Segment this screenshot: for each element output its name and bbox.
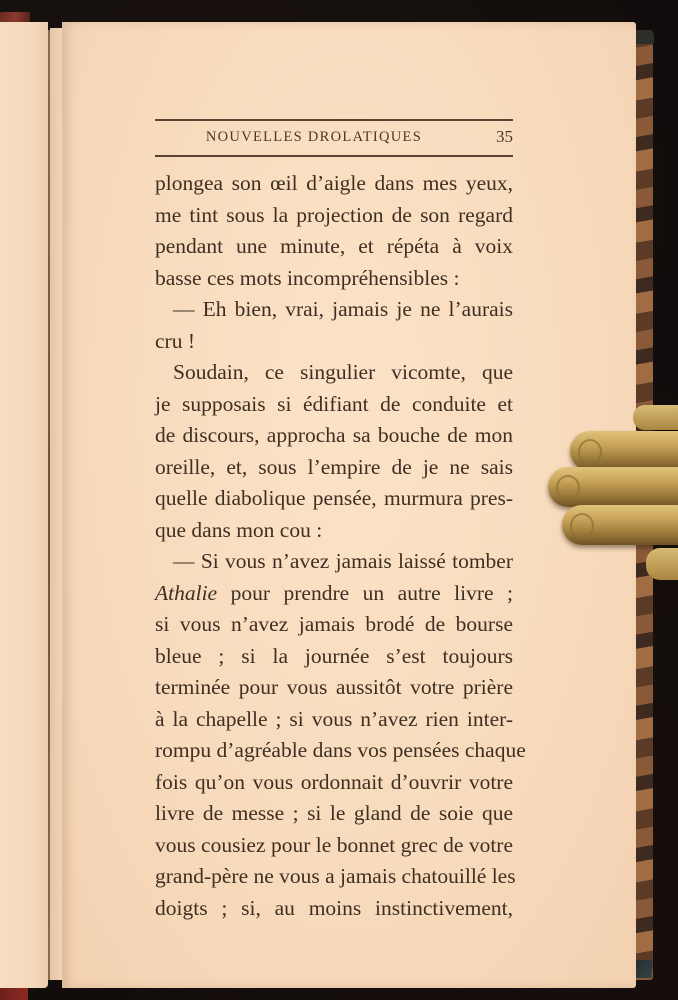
text-line-content: bleue ; si la journée s’est toujours — [155, 644, 513, 668]
text-line: que dans mon cou : — [155, 515, 513, 547]
text-line-content: livre de messe ; si le gland de soie que — [155, 801, 513, 825]
text-line-content: cru ! — [155, 329, 195, 353]
page-number: 35 — [496, 127, 513, 147]
text-line-content: basse ces mots incompréhensibles : — [155, 266, 460, 290]
left-page-sliver — [0, 22, 48, 988]
text-line: terminée pour vous aussitôt votre prière — [155, 672, 513, 704]
text-line: grand-père ne vous a jamais chatouillé l… — [155, 861, 513, 893]
text-line: basse ces mots incompréhensibles : — [155, 263, 513, 295]
fingernail-icon — [570, 513, 594, 539]
text-line-content: pour prendre un autre livre ; — [217, 581, 513, 605]
running-head: NOUVELLES DROLATIQUES 35 — [155, 119, 513, 157]
text-line: de discours, approcha sa bouche de mon — [155, 420, 513, 452]
text-line: pendant une minute, et répéta à voix — [155, 231, 513, 263]
text-line: — Si vous n’avez jamais laissé tomber — [155, 546, 513, 578]
text-line: à la chapelle ; si vous n’avez rien inte… — [155, 704, 513, 736]
text-line: cru ! — [155, 326, 513, 358]
text-line: Soudain, ce singulier vicomte, que — [155, 357, 513, 389]
text-line: bleue ; si la journée s’est toujours — [155, 641, 513, 673]
text-line: plongea son œil d’aigle dans mes yeux, — [155, 168, 513, 200]
text-line: livre de messe ; si le gland de soie que — [155, 798, 513, 830]
text-line-content: terminée pour vous aussitôt votre prière — [155, 675, 513, 699]
fingernail-icon — [578, 439, 602, 465]
page-holder-bottom-finger — [646, 548, 678, 580]
running-title: NOUVELLES DROLATIQUES — [155, 129, 473, 146]
text-line-content: à la chapelle ; si vous n’avez rien inte… — [155, 707, 513, 731]
text-line-content: — Eh bien, vrai, jamais je ne l’aurais — [173, 297, 513, 321]
text-line: fois qu’on vous ordonnait d’ouvrir votre — [155, 767, 513, 799]
text-line: me tint sous la projection de son regard — [155, 200, 513, 232]
text-line-content: que dans mon cou : — [155, 518, 322, 542]
holder-finger-2 — [548, 467, 678, 507]
text-line-content: Soudain, ce singulier vicomte, que — [173, 360, 513, 384]
holder-finger-1 — [570, 431, 678, 471]
text-line: — Eh bien, vrai, jamais je ne l’aurais — [155, 294, 513, 326]
body-text: plongea son œil d’aigle dans mes yeux,me… — [155, 168, 513, 924]
text-line-content: quelle diabolique pensée, murmura pres- — [155, 486, 513, 510]
text-line-content: me tint sous la projection de son regard — [155, 203, 513, 227]
text-line: Athalie pour prendre un autre livre ; — [155, 578, 513, 610]
text-line: vous cousiez pour le bonnet grec de votr… — [155, 830, 513, 862]
text-line-content: vous cousiez pour le bonnet grec de votr… — [155, 833, 513, 857]
text-line-content: je supposais si édifiant de conduite et — [155, 392, 513, 416]
text-line: oreille, et, sous l’empire de je ne sais — [155, 452, 513, 484]
text-line: quelle diabolique pensée, murmura pres- — [155, 483, 513, 515]
text-line-content: de discours, approcha sa bouche de mon — [155, 423, 513, 447]
text-line: doigts ; si, au moins instinctivement, — [155, 893, 513, 925]
italic-title: Athalie — [155, 581, 217, 605]
text-line-content: — Si vous n’avez jamais laissé tomber — [173, 549, 513, 573]
text-line-content: grand-père ne vous a jamais chatouillé l… — [155, 864, 516, 888]
text-line: rompu d’agréable dans vos pensées chaque — [155, 735, 513, 767]
text-line-content: rompu d’agréable dans vos pensées chaque — [155, 738, 526, 762]
text-line-content: si vous n’avez jamais brodé de bourse — [155, 612, 513, 636]
fingernail-icon — [556, 475, 580, 501]
text-line-content: pendant une minute, et répéta à voix — [155, 234, 513, 258]
text-line-content: fois qu’on vous ordonnait d’ouvrir votre — [155, 770, 513, 794]
text-line-content: plongea son œil d’aigle dans mes yeux, — [155, 171, 513, 195]
holder-finger-3 — [562, 505, 678, 545]
text-line-content: oreille, et, sous l’empire de je ne sais — [155, 455, 513, 479]
text-line: si vous n’avez jamais brodé de bourse — [155, 609, 513, 641]
text-line-content: doigts ; si, au moins instinctivement, — [155, 896, 513, 920]
text-line: je supposais si édifiant de conduite et — [155, 389, 513, 421]
